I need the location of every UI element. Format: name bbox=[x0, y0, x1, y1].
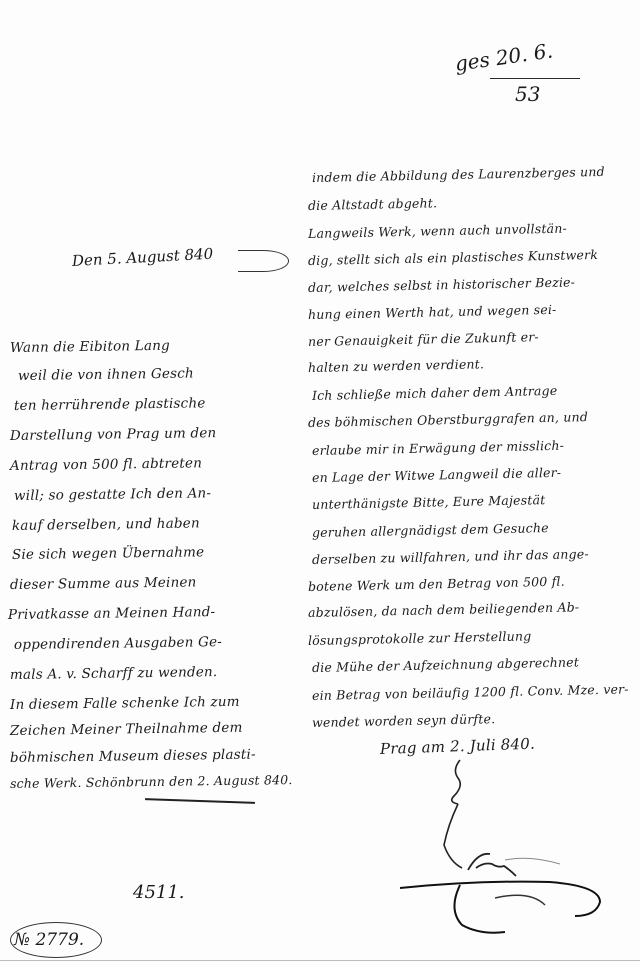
right-line: ein Betrag von beiläufig 1200 fl. Conv. … bbox=[312, 681, 629, 703]
reference-divider bbox=[490, 78, 580, 79]
right-line: lösungsprotokolle zur Herstellung bbox=[308, 628, 532, 648]
left-line: dieser Summe aus Meinen bbox=[10, 574, 197, 593]
left-line: Privatkasse an Meinen Hand- bbox=[8, 604, 215, 623]
right-line: dig, stellt sich als ein plastisches Kun… bbox=[308, 247, 598, 268]
left-line: Wann die Eibiton Lang bbox=[10, 338, 170, 356]
left-line: ten herrührende plastische bbox=[14, 395, 206, 414]
left-line: weil die von ihnen Gesch bbox=[18, 366, 194, 384]
signature bbox=[400, 740, 640, 965]
left-line: Darstellung von Prag um den bbox=[10, 425, 217, 444]
reference-number-bottom: 53 bbox=[515, 82, 540, 106]
right-line: geruhen allergnädigst dem Gesuche bbox=[312, 520, 549, 540]
right-line: Langweils Werk, wenn auch unvollstän- bbox=[308, 221, 567, 241]
date-bracket-mark bbox=[238, 250, 289, 272]
right-line: Ich schließe mich daher dem Antrage bbox=[312, 383, 558, 403]
signature-flourish-icon bbox=[400, 740, 640, 965]
archive-number: № 2779. bbox=[14, 930, 84, 950]
left-line: In diesem Falle schenke Ich zum bbox=[10, 694, 240, 713]
left-line: kauf derselben, und haben bbox=[12, 515, 200, 534]
right-line: en Lage der Witwe Langweil die aller- bbox=[312, 465, 562, 485]
right-line: indem die Abbildung des Laurenzberges un… bbox=[312, 164, 605, 185]
right-line: ner Genauigkeit für die Zukunft er- bbox=[308, 329, 539, 349]
resolution-date: Den 5. August 840 bbox=[72, 245, 214, 270]
left-line: will; so gestatte Ich den An- bbox=[14, 485, 211, 504]
right-line: abzulösen, da nach dem beiliegenden Ab- bbox=[308, 599, 580, 620]
right-line: botene Werk um den Betrag von 500 fl. bbox=[308, 574, 565, 594]
page-edge-line bbox=[0, 960, 640, 961]
left-line: sche Werk. Schönbrunn den 2. August 840. bbox=[10, 772, 293, 791]
left-line: Zeichen Meiner Theilnahme dem bbox=[10, 720, 243, 739]
right-line: unterthänigste Bitte, Eure Majestät bbox=[312, 492, 546, 512]
right-line: wendet worden seyn dürfte. bbox=[312, 711, 496, 730]
document-page: ges 20. 6. 53 Den 5. August 840 indem di… bbox=[0, 0, 640, 965]
right-line: die Mühe der Aufzeichnung abgerechnet bbox=[312, 654, 579, 675]
left-line: Sie sich wegen Übernahme bbox=[12, 544, 205, 563]
right-line: erlaube mir in Erwägung der misslich- bbox=[312, 438, 564, 458]
reference-number-top: ges 20. 6. bbox=[453, 38, 554, 75]
folio-number: 4511. bbox=[133, 882, 185, 903]
left-line: oppendirenden Ausgaben Ge- bbox=[14, 634, 222, 653]
left-line: mals A. v. Scharff zu wenden. bbox=[10, 664, 218, 683]
right-line: des böhmischen Oberstburggrafen an, und bbox=[308, 409, 588, 430]
right-line: die Altstadt abgeht. bbox=[308, 195, 438, 213]
left-line: Antrag von 500 fl. abtreten bbox=[10, 455, 202, 474]
right-line: halten zu werden verdient. bbox=[308, 356, 484, 375]
right-line: derselben zu willfahren, und ihr das ang… bbox=[312, 546, 589, 567]
right-line: hung einen Werth hat, und wegen sei- bbox=[308, 302, 557, 322]
right-line: dar, welches selbst in historischer Bezi… bbox=[308, 274, 575, 295]
closing-flourish bbox=[145, 798, 255, 804]
left-line: böhmischen Museum dieses plasti- bbox=[10, 747, 256, 766]
